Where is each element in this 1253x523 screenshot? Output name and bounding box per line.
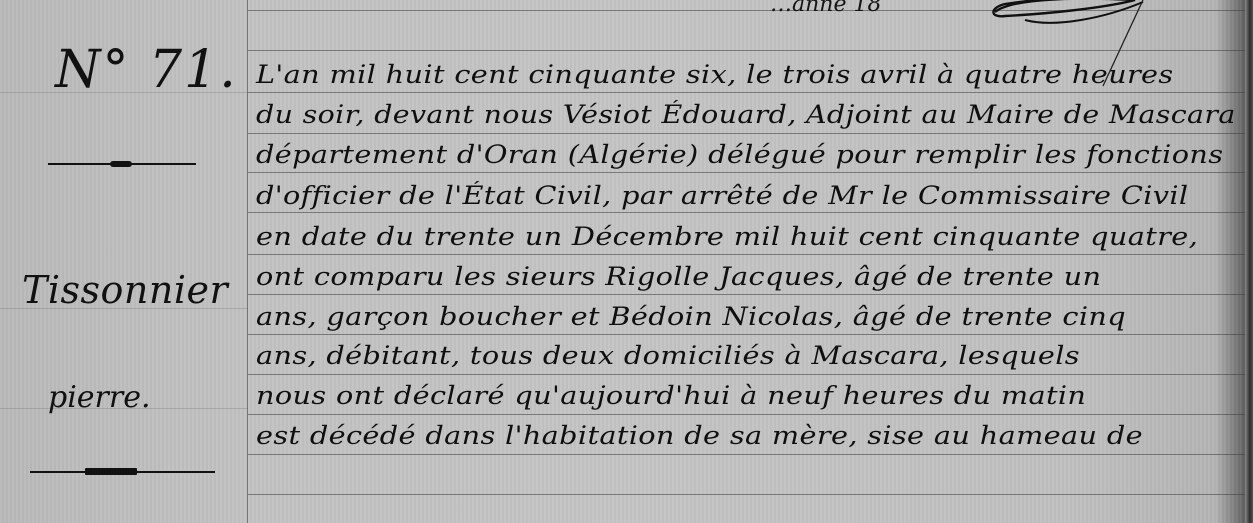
signature-flourish-icon [985, 0, 1155, 114]
ruled-line [248, 414, 1253, 415]
ruled-line [248, 374, 1253, 375]
deceased-surname: Tissonnier [22, 268, 228, 312]
ruled-line [248, 172, 1253, 173]
ruled-line [248, 294, 1253, 295]
ruled-line [248, 454, 1253, 455]
divider-flourish [30, 471, 215, 473]
record-text-line: en date du trente un Décembre mil huit c… [256, 222, 1198, 251]
margin-rule [247, 0, 248, 523]
record-text-line: est décédé dans l'habitation de sa mère,… [256, 421, 1143, 450]
ruled-line [248, 494, 1253, 495]
divider-flourish [48, 163, 196, 165]
record-text-line: département d'Oran (Algérie) délégué pou… [256, 140, 1223, 169]
record-margin: N° 71. Tissonnier pierre. [0, 0, 247, 523]
record-text-line: nous ont déclaré qu'aujourd'hui à neuf h… [256, 381, 1086, 410]
record-text-line: ont comparu les sieurs Rigolle Jacques, … [256, 262, 1101, 291]
record-text-line: L'an mil huit cent cinquante six, le tro… [256, 60, 1173, 89]
ruled-line [248, 334, 1253, 335]
record-text-line: ans, débitant, tous deux domiciliés à Ma… [256, 341, 1080, 370]
deceased-given-name: pierre. [48, 380, 151, 415]
record-text-line: du soir, devant nous Vésiot Édouard, Adj… [256, 100, 1236, 129]
previous-record-fragment: …anne 18 [770, 0, 881, 17]
ruled-line [248, 133, 1253, 134]
register-page: N° 71. Tissonnier pierre. …anne 18 L'an … [0, 0, 1253, 523]
record-text-line: d'officier de l'État Civil, par arrêté d… [256, 181, 1188, 210]
ruled-line [248, 212, 1253, 213]
page-binding-edge [1245, 0, 1253, 523]
record-text-line: ans, garçon boucher et Bédoin Nicolas, â… [256, 302, 1126, 331]
ruled-line [248, 254, 1253, 255]
act-number: N° 71. [55, 40, 238, 100]
